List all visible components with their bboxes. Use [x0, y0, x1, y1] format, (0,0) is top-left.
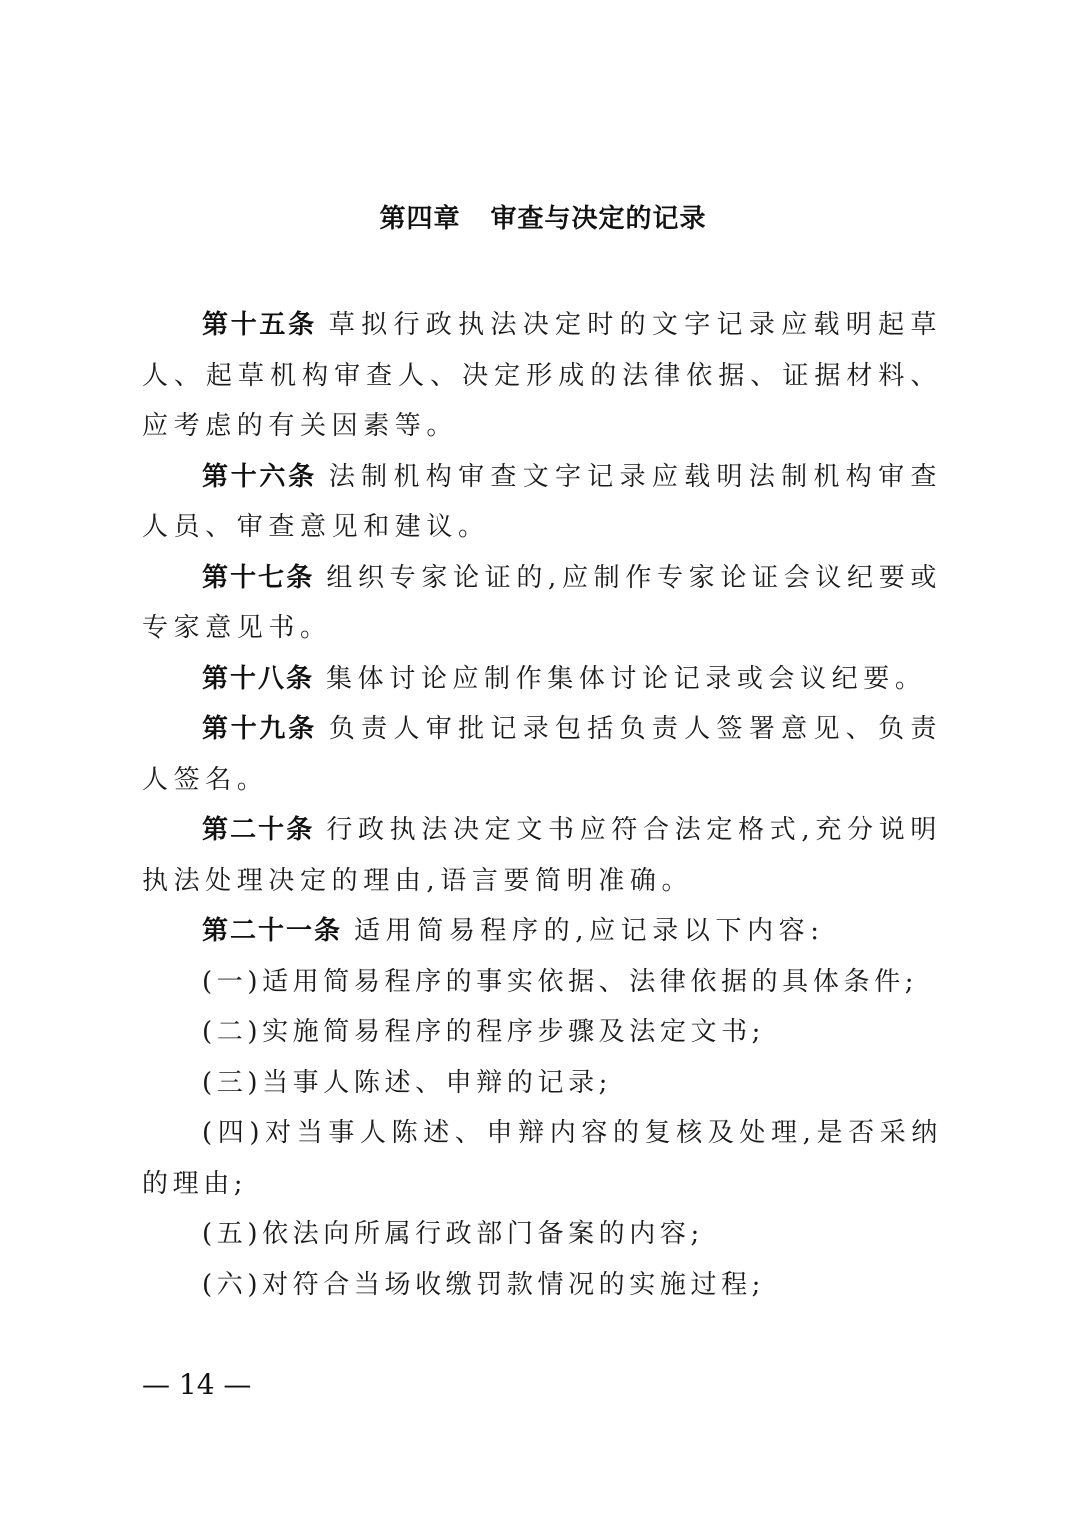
- article-number: 第二十一条: [202, 916, 342, 946]
- chapter-name: 审查与决定的记录: [491, 204, 707, 234]
- article-19: 第十九条负责人审批记录包括负责人签署意见、负责人签名。: [142, 704, 942, 805]
- article-21: 第二十一条适用简易程序的,应记录以下内容:: [142, 906, 942, 957]
- list-item: (三)当事人陈述、申辩的记录;: [142, 1058, 942, 1109]
- article-text: 适用简易程序的,应记录以下内容:: [354, 916, 825, 946]
- chapter-title: 第四章审查与决定的记录: [0, 199, 1074, 239]
- article-16: 第十六条法制机构审查文字记录应载明法制机构审查人员、审查意见和建议。: [142, 452, 942, 553]
- article-20: 第二十条行政执法决定文书应符合法定格式,充分说明执法处理决定的理由,语言要简明准…: [142, 805, 942, 906]
- article-number: 第十八条: [202, 664, 314, 694]
- document-body: 第十五条草拟行政执法决定时的文字记录应载明起草人、起草机构审查人、决定形成的法律…: [142, 300, 942, 1310]
- article-text: 集体讨论应制作集体讨论记录或会议纪要。: [326, 664, 926, 694]
- document-page: 第四章审查与决定的记录 第十五条草拟行政执法决定时的文字记录应载明起草人、起草机…: [0, 0, 1074, 1520]
- list-item: (四)对当事人陈述、申辩内容的复核及处理,是否采纳的理由;: [142, 1108, 942, 1209]
- article-number: 第十五条: [202, 310, 317, 340]
- list-item: (二)实施简易程序的程序步骤及法定文书;: [142, 1007, 942, 1058]
- article-17: 第十七条组织专家论证的,应制作专家论证会议纪要或专家意见书。: [142, 553, 942, 654]
- list-item: (五)依法向所属行政部门备案的内容;: [142, 1209, 942, 1260]
- article-15: 第十五条草拟行政执法决定时的文字记录应载明起草人、起草机构审查人、决定形成的法律…: [142, 300, 942, 452]
- list-item: (六)对符合当场收缴罚款情况的实施过程;: [142, 1260, 942, 1311]
- page-number: — 14 —: [142, 1365, 251, 1405]
- list-item: (一)适用简易程序的事实依据、法律依据的具体条件;: [142, 957, 942, 1008]
- article-18: 第十八条集体讨论应制作集体讨论记录或会议纪要。: [142, 654, 942, 705]
- chapter-number: 第四章: [379, 204, 460, 234]
- article-number: 第十六条: [202, 462, 317, 492]
- article-number: 第二十条: [202, 815, 314, 845]
- article-number: 第十九条: [202, 714, 317, 744]
- article-number: 第十七条: [202, 563, 314, 593]
